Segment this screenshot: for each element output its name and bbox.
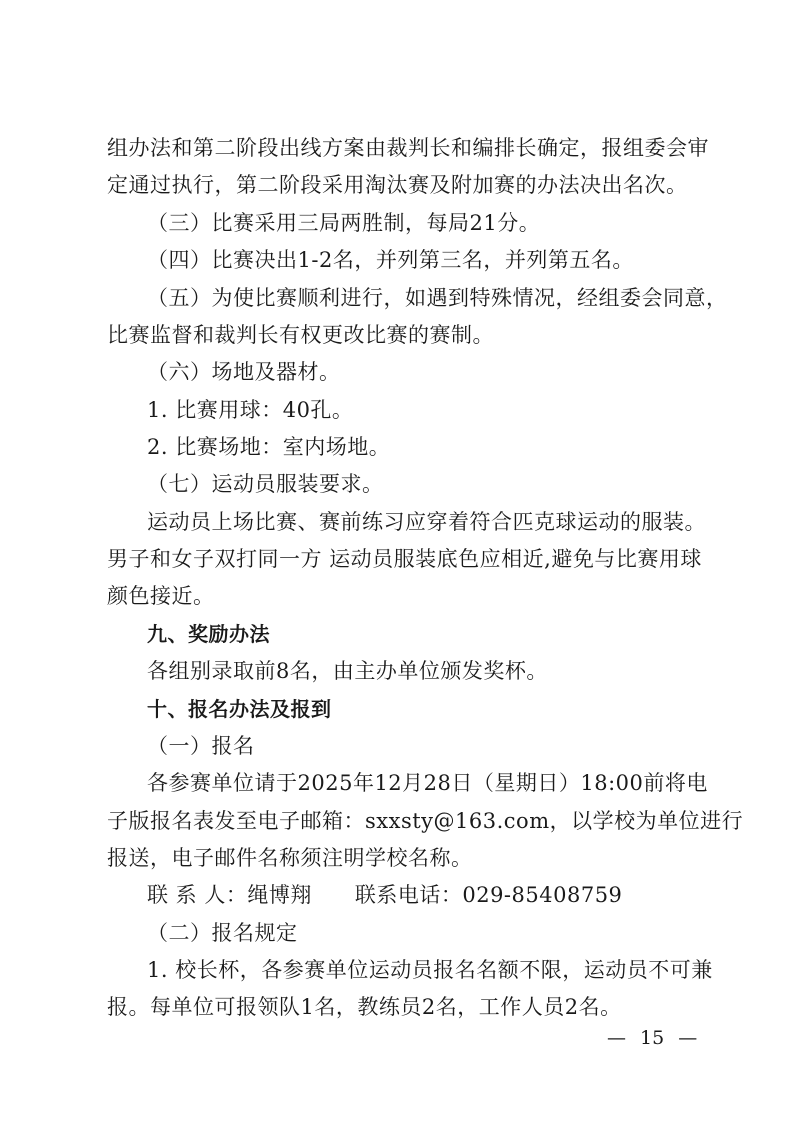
body-line: 定通过执行，第二阶段采用淘汰赛及附加赛的办法决出名次。: [107, 171, 688, 199]
body-line: 各参赛单位请于2025年12月28日（星期日）18:00前将电: [147, 769, 708, 797]
clause-6: （六）场地及器材。: [147, 358, 341, 386]
clause-3: （三）比赛采用三局两胜制，每局21分。: [147, 209, 540, 237]
body-line: 男子和女子双打同一方 运动员服装底色应相近,避免与比赛用球: [107, 545, 702, 573]
body-line: 运动员上场比赛、赛前练习应穿着符合匹克球运动的服装。: [147, 508, 706, 536]
document-page: 组办法和第二阶段出线方案由裁判长和编排长确定，报组委会审 定通过执行，第二阶段采…: [0, 0, 794, 1123]
equipment-venue: 2. 比赛场地：室内场地。: [147, 433, 390, 461]
section-heading-registration: 十、报名办法及报到: [147, 695, 332, 723]
equipment-ball: 1. 比赛用球：40孔。: [147, 396, 353, 424]
subsection-rules: （二）报名规定: [147, 919, 298, 947]
body-line: 报送，电子邮件名称须注明学校名称。: [107, 844, 473, 872]
subsection-registration: （一）报名: [147, 732, 255, 760]
body-line: 各组别录取前8名，由主办单位颁发奖杯。: [147, 657, 548, 685]
contact-line: 联 系 人：绳博翔 联系电话：029-85408759: [147, 881, 622, 909]
body-line: 组办法和第二阶段出线方案由裁判长和编排长确定，报组委会审: [107, 134, 709, 162]
body-line: 比赛监督和裁判长有权更改比赛的赛制。: [107, 321, 494, 349]
body-line: 颜色接近。: [107, 582, 215, 610]
page-number: — 15 —: [607, 1026, 697, 1050]
section-heading-awards: 九、奖励办法: [147, 620, 270, 648]
clause-4: （四）比赛决出1-2名，并列第三名，并列第五名。: [147, 246, 634, 274]
clause-5: （五）为使比赛顺利进行，如遇到特殊情况，经组委会同意，: [147, 284, 728, 312]
rule-1: 1. 校长杯，各参赛单位运动员报名名额不限，运动员不可兼: [147, 956, 713, 984]
email-line: 子版报名表发至电子邮箱：sxxsty@163.com，以学校为单位进行: [107, 807, 743, 835]
clause-7: （七）运动员服装要求。: [147, 470, 384, 498]
body-line: 报。每单位可报领队1名，教练员2名，工作人员2名。: [107, 993, 622, 1021]
